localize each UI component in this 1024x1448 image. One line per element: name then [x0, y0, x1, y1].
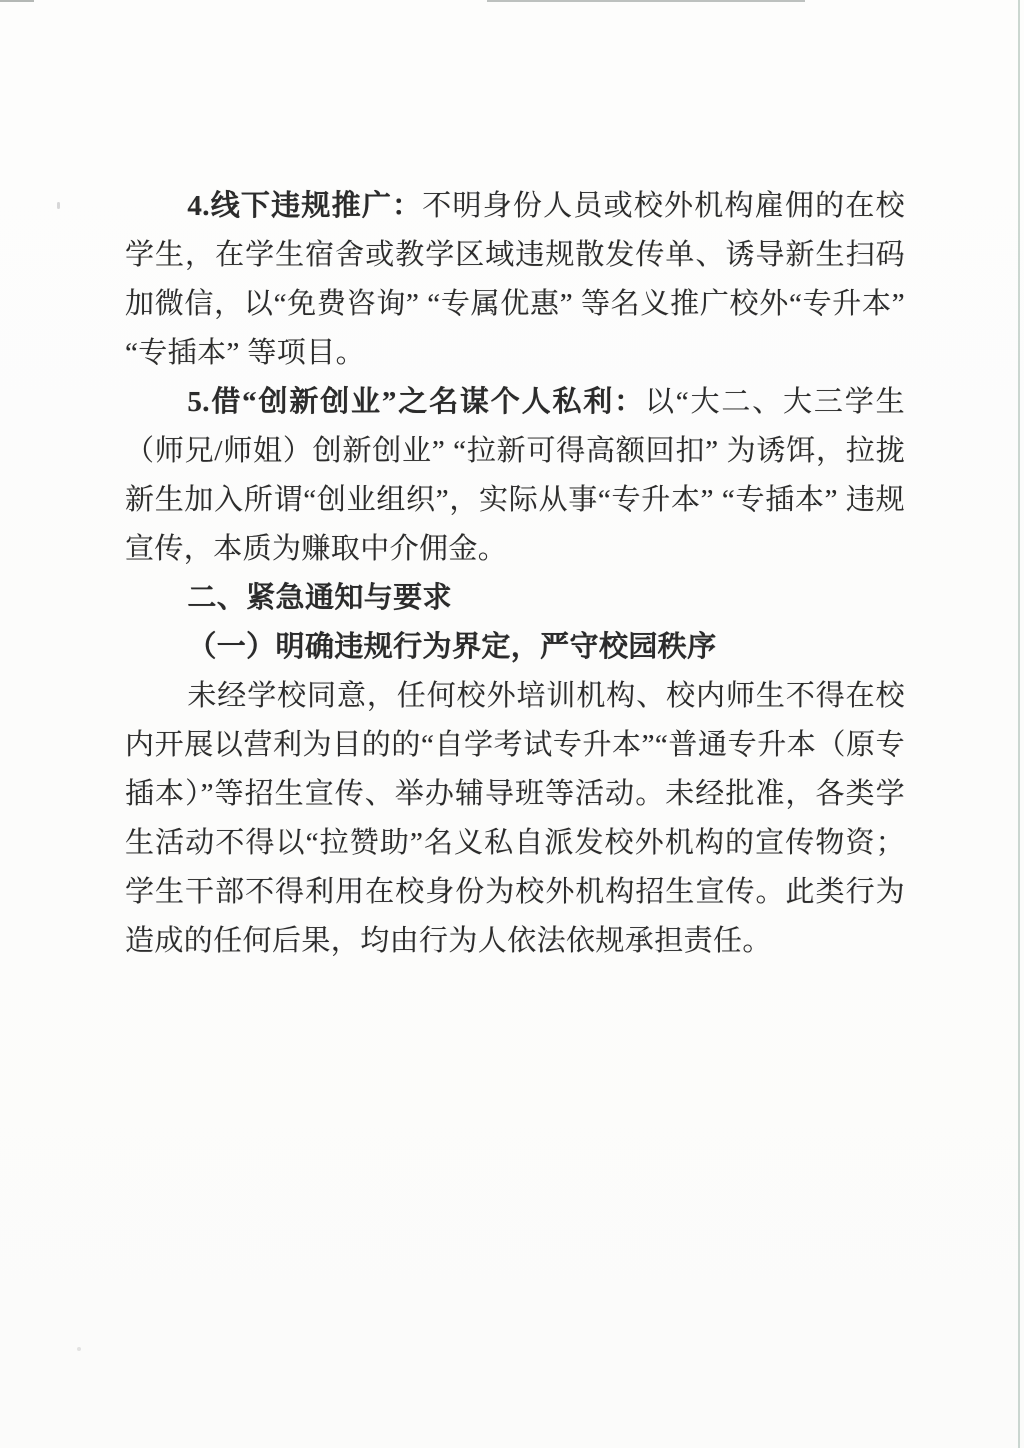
document-body: 4.线下违规推广：不明身份人员或校外机构雇佣的在校学生，在学生宿舍或教学区域违规… — [125, 182, 905, 966]
violation-item-5: 5.借“创新创业”之名谋个人私利：以“大二、大三学生（师兄/师姐）创新创业” “… — [125, 378, 905, 574]
scan-speck — [77, 1347, 81, 1351]
scan-speck — [57, 202, 60, 209]
section-heading: 二、紧急通知与要求 — [125, 574, 905, 623]
violation-item-5-lead: 5.借“创新创业”之名谋个人私利： — [187, 386, 645, 418]
violation-item-4-lead: 4.线下违规推广： — [187, 190, 422, 222]
scan-edge-artifact — [487, 0, 805, 2]
scan-edge-line — [1018, 0, 1020, 1448]
requirements-paragraph: 未经学校同意，任何校外培训机构、校内师生不得在校内开展以营利为目的的“自学考试专… — [125, 672, 905, 966]
subsection-heading: （一）明确违规行为界定，严守校园秩序 — [125, 623, 905, 672]
scan-edge-artifact — [0, 0, 34, 2]
scanned-page: 4.线下违规推广：不明身份人员或校外机构雇佣的在校学生，在学生宿舍或教学区域违规… — [0, 0, 1024, 1448]
violation-item-4: 4.线下违规推广：不明身份人员或校外机构雇佣的在校学生，在学生宿舍或教学区域违规… — [125, 182, 905, 378]
